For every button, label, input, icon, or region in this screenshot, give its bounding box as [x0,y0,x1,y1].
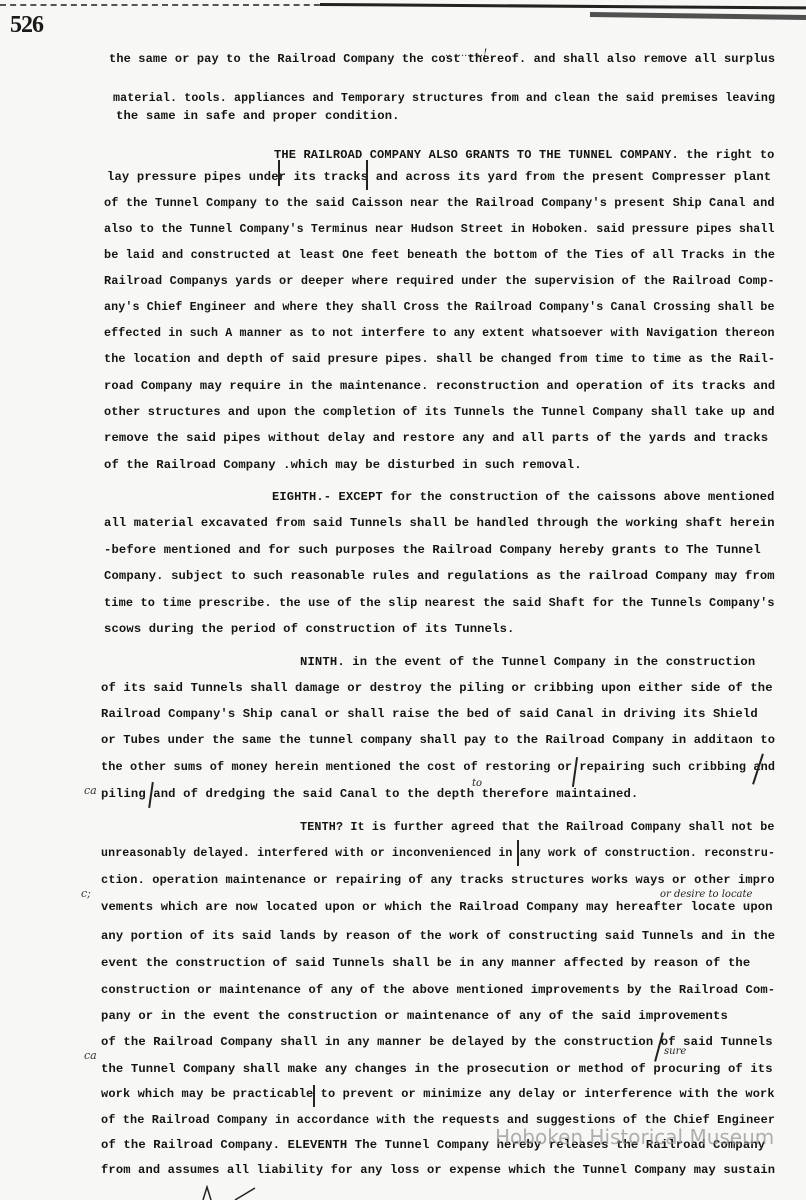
text-line: other structures and upon the completion… [104,405,775,419]
text-line: all material excavated from said Tunnels… [104,516,775,530]
text-line: event the construction of said Tunnels s… [101,956,750,970]
insertion-stroke [313,1085,315,1107]
text-line: Company. subject to such reasonable rule… [104,569,775,583]
text-line: material. tools. appliances and Temporar… [113,91,775,105]
text-line: of the Tunnel Company to the said Caisso… [104,196,775,210]
text-line: effected in such A manner as to not inte… [104,326,775,340]
handwritten-note: .. .........! [445,48,487,59]
text-line: or Tubes under the same the tunnel compa… [101,733,775,747]
text-line: construction or maintenance of any of th… [101,983,775,997]
scan-artifact [320,3,806,9]
text-line: vements which are now located upon or wh… [101,900,773,914]
text-line: Railroad Company's Ship canal or shall r… [101,707,758,721]
insertion-stroke [517,840,519,866]
text-line: EIGHTH.- EXCEPT for the construction of … [272,490,775,504]
text-line: road Company may require in the maintena… [104,379,775,393]
scan-artifact [0,4,330,6]
scan-top-edge [0,0,806,22]
text-line: TENTH? It is further agreed that the Rai… [300,820,775,834]
text-line: the same in safe and proper condition. [116,109,400,123]
text-line: THE RAILROAD COMPANY ALSO GRANTS TO THE … [274,148,775,162]
text-line: the Tunnel Company shall make any change… [101,1062,773,1076]
handwritten-note: to [472,778,482,789]
pen-mark [195,1185,265,1200]
text-line: NINTH. in the event of the Tunnel Compan… [300,655,755,669]
text-line: unreasonably delayed. interfered with or… [101,846,775,860]
text-line: scows during the period of construction … [104,622,515,636]
text-line: the same or pay to the Railroad Company … [109,52,775,66]
text-line: be laid and constructed at least One fee… [104,248,775,262]
text-line: lay pressure pipes under its tracks and … [107,170,771,184]
text-line: any's Chief Engineer and where they shal… [104,300,775,314]
text-line: remove the said pipes without delay and … [104,431,768,445]
text-line: the location and depth of said presure p… [104,352,775,366]
text-line: ction. operation maintenance or repairin… [101,873,775,887]
museum-watermark: Hoboken Historical Museum [495,1125,774,1149]
page-number: 526 [10,12,43,39]
margin-mark: ca [84,1049,97,1062]
text-line: pany or in the event the construction or… [101,1009,728,1023]
margin-mark: c; [81,887,91,900]
handwritten-note: sure [664,1046,686,1057]
scan-artifact [590,12,806,20]
text-line: also to the Tunnel Company's Terminus ne… [104,222,775,236]
text-line: time to time prescribe. the use of the s… [104,596,775,610]
text-line: piling and of dredging the said Canal to… [101,787,638,801]
text-line: -before mentioned and for such purposes … [104,543,761,557]
insertion-stroke [278,160,280,186]
text-line: the other sums of money herein mentioned… [101,760,775,774]
text-line: of its said Tunnels shall damage or dest… [101,681,773,695]
text-line: any portion of its said lands by reason … [101,929,775,943]
text-line: from and assumes all liability for any l… [101,1163,775,1177]
insertion-stroke [366,160,368,190]
text-line: work which may be practicable to prevent… [101,1087,775,1101]
text-line: Railroad Companys yards or deeper where … [104,274,775,288]
handwritten-note: or desire to locate [660,889,752,900]
margin-mark: ca [84,784,97,797]
text-line: of the Railroad Company .which may be di… [104,458,582,472]
